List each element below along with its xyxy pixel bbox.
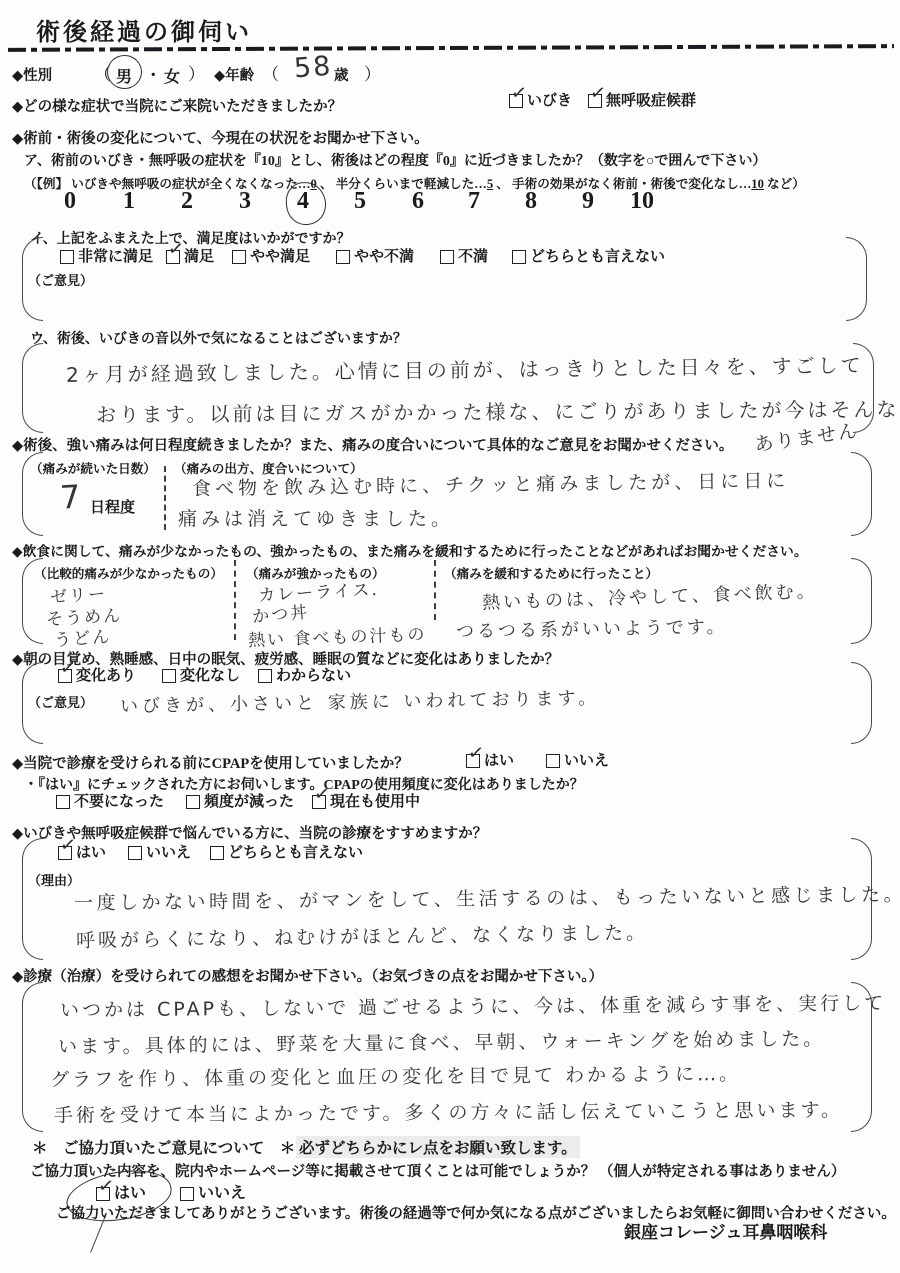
checkbox-box[interactable]: ✓ — [58, 846, 72, 860]
checkbox-box[interactable]: ✓ — [166, 250, 180, 264]
footer-checkbox-yes[interactable]: ✓ はい — [96, 1180, 146, 1203]
satisfaction-checkbox-somewhat-satisfied[interactable]: ✓ やや満足 — [232, 245, 310, 266]
satisfaction-checkbox-dissatisfied[interactable]: ✓ 不満 — [440, 245, 488, 266]
checkbox-box[interactable]: ✓ — [509, 94, 523, 108]
satisfaction-checkbox-very-satisfied[interactable]: ✓ 非常に満足 — [60, 245, 153, 266]
check-mark: ✓ — [59, 658, 77, 679]
food-col1-item-3: うどん — [53, 622, 112, 651]
impression-line4: 手術を受けて本当によかったです。多くの方々に話し伝えていこうと思います。 — [54, 1095, 843, 1128]
sex-option-male[interactable]: 男 — [116, 64, 132, 87]
check-mark: ✓ — [59, 835, 77, 856]
symptom-checkbox-mukokyu[interactable]: ✓ 無呼吸症候群 — [588, 89, 696, 110]
recommend-checkbox-no[interactable]: ✓ いいえ — [128, 841, 191, 862]
sleep-checkbox-unknown[interactable]: ✓ わからない — [258, 664, 351, 685]
checkbox-label: 不満 — [458, 245, 488, 266]
scale-number-7[interactable]: 7 — [468, 188, 480, 215]
food-heading: ◆飲食に関して、痛みが少なかったもの、強かったもの、また痛みを緩和するために行っ… — [12, 540, 808, 560]
food-col2-item-3: 熱い 食べもの汁もの — [248, 620, 427, 651]
check-mark: ✓ — [97, 1176, 115, 1197]
checkbox-box[interactable]: ✓ — [258, 669, 272, 683]
cpap-heading: ◆当院で診療を受けられる前にCPAPを使用していましたか？ — [12, 752, 409, 773]
checkbox-box[interactable]: ✓ — [210, 846, 224, 860]
recommend-checkbox-neither[interactable]: ✓ どちらとも言えない — [210, 841, 363, 862]
checkbox-label: 満足 — [184, 245, 214, 266]
checkbox-label: いいえ — [564, 749, 609, 770]
example-text-2: 、 半分くらいまで軽減した… — [317, 177, 487, 191]
checkbox-box[interactable]: ✓ — [56, 795, 70, 809]
checkbox-label: いびき — [527, 89, 572, 110]
scale-number-9[interactable]: 9 — [582, 188, 594, 215]
age-label: ◆年齢 — [214, 64, 254, 85]
recommend-reason-label: （理由） — [28, 870, 80, 889]
checkbox-label: いいえ — [146, 841, 191, 862]
pain-days-label: （痛みが続いた日数） — [30, 458, 156, 477]
checkbox-label: 現在も使用中 — [330, 790, 420, 811]
footer-note-star: ＊ ご協力頂いたご意見について ＊ — [32, 1136, 295, 1158]
checkbox-box[interactable]: ✓ — [58, 669, 72, 683]
scale-number-3[interactable]: 3 — [239, 188, 251, 215]
checkbox-label: やや満足 — [250, 245, 310, 266]
symptom-checkbox-ibiki[interactable]: ✓ いびき — [509, 89, 572, 110]
change-heading: ◆術前・術後の変化について、今現在の状況をお聞かせ下さい。 — [12, 127, 429, 148]
footer-note-bold: 必ずどちらかにレ点をお願い致します。 — [296, 1136, 580, 1158]
sex-label: ◆性別 — [12, 64, 52, 85]
scale-number-2[interactable]: 2 — [181, 188, 193, 215]
scale-number-10[interactable]: 10 — [630, 188, 654, 215]
sex-separator: ・ — [146, 64, 161, 85]
checkbox-label: いいえ — [198, 1180, 246, 1203]
scale-number-0[interactable]: 0 — [64, 188, 76, 215]
change-sub-a: ア、術前のいびき・無呼吸の症状を『10』とし、術後はどの程度『0』に近づきました… — [24, 150, 766, 170]
check-mark: ✓ — [467, 743, 485, 764]
checkbox-label: 不要になった — [74, 790, 164, 811]
sex-paren-close: ） — [188, 60, 205, 85]
pain-column-divider — [164, 466, 166, 530]
checkbox-box[interactable]: ✓ — [162, 669, 176, 683]
checkbox-label: 変化あり — [76, 664, 136, 685]
example-num-10: 10 — [751, 177, 764, 191]
checkbox-label: 変化なし — [180, 664, 240, 685]
scale-number-1[interactable]: 1 — [123, 188, 135, 215]
food-col2-item-2: かつ丼 — [251, 598, 310, 628]
food-divider-1 — [234, 560, 236, 640]
checkbox-label: わからない — [276, 664, 351, 685]
checkbox-label: はい — [76, 841, 106, 862]
checkbox-label: はい — [114, 1180, 146, 1203]
checkbox-box[interactable]: ✓ — [128, 846, 142, 860]
age-unit: 歳 — [334, 64, 349, 85]
recommend-checkbox-yes[interactable]: ✓ はい — [58, 841, 106, 862]
scale-number-5[interactable]: 5 — [354, 188, 366, 215]
clinic-name: 銀座コレージュ耳鼻咽喉科 — [624, 1218, 827, 1243]
checkbox-box[interactable]: ✓ — [180, 1187, 194, 1201]
age-paren-open: （ — [262, 60, 279, 85]
sleep-checkbox-no-change[interactable]: ✓ 変化なし — [162, 664, 240, 685]
checkbox-box[interactable]: ✓ — [96, 1187, 110, 1201]
check-mark: ✓ — [589, 83, 607, 104]
check-mark: ✓ — [167, 239, 185, 260]
cpap-checkbox-yes[interactable]: ✓ はい — [466, 749, 514, 770]
checkbox-box[interactable]: ✓ — [466, 754, 480, 768]
footer-checkbox-no[interactable]: ✓ いいえ — [180, 1180, 246, 1203]
cpap-freq-checkbox-reduced[interactable]: ✓ 頻度が減った — [186, 790, 294, 811]
checkbox-box[interactable]: ✓ — [440, 250, 454, 264]
checkbox-box[interactable]: ✓ — [336, 250, 350, 264]
cpap-freq-checkbox-no-longer-needed[interactable]: ✓ 不要になった — [56, 790, 164, 811]
sex-option-female[interactable]: 女 — [164, 64, 180, 87]
age-value-handwritten: 58 — [293, 51, 333, 85]
food-col3-line2: つるつる系がいいようです。 — [456, 613, 728, 644]
checkbox-box[interactable]: ✓ — [546, 754, 560, 768]
scale-number-6[interactable]: 6 — [412, 188, 424, 215]
checkbox-label: 非常に満足 — [78, 245, 153, 266]
sleep-opinion-label: （ご意見） — [28, 692, 93, 711]
pain-days-unit: 日程度 — [90, 496, 135, 517]
checkbox-label: 頻度が減った — [204, 790, 294, 811]
satisfaction-checkbox-satisfied[interactable]: ✓ 満足 — [166, 245, 214, 266]
checkbox-box[interactable]: ✓ — [312, 795, 326, 809]
age-paren-close: ） — [364, 60, 381, 85]
symptom-question: ◆どの様な症状で当院にご来院いただきましたか？ — [12, 95, 342, 116]
checkbox-box[interactable]: ✓ — [186, 795, 200, 809]
checkbox-label: どちらとも言えない — [530, 245, 665, 266]
satisfaction-checkbox-neither[interactable]: ✓ どちらとも言えない — [512, 245, 665, 266]
checkbox-box[interactable]: ✓ — [588, 94, 602, 108]
checkbox-label: どちらとも言えない — [228, 841, 363, 862]
checkbox-box[interactable]: ✓ — [232, 250, 246, 264]
questionnaire-page: 術後経過の御伺い ◆性別 （ 男 ・ 女 ） ◆年齢 （ 58 歳 ） ◆どの様… — [0, 0, 900, 1273]
example-text-4: など） — [764, 177, 805, 191]
sleep-checkbox-changed[interactable]: ✓ 変化あり — [58, 664, 136, 685]
cpap-checkbox-no[interactable]: ✓ いいえ — [546, 749, 609, 770]
food-col3-label: （痛みを緩和するために行ったこと） — [444, 563, 658, 582]
checkbox-label: やや不満 — [354, 245, 414, 266]
checkbox-label: 無呼吸症候群 — [606, 89, 696, 110]
checkbox-box[interactable]: ✓ — [512, 250, 526, 264]
pain-desc-line2: 痛みは消えてゆきました。 — [178, 504, 454, 531]
pain-days-value-handwritten: 7 — [59, 477, 83, 516]
scale-number-8[interactable]: 8 — [525, 188, 537, 215]
check-mark: ✓ — [313, 784, 331, 805]
check-mark: ✓ — [510, 83, 528, 104]
satisfaction-checkbox-somewhat-dissatisfied[interactable]: ✓ やや不満 — [336, 245, 414, 266]
food-col1-label: （比較的痛みが少なかったもの） — [34, 563, 223, 582]
checkbox-label: はい — [484, 749, 514, 770]
concern-answer-line2: おります。以前は目にガスがかかった様な、にごりがありましたが今はそんな… — [96, 393, 900, 428]
cpap-freq-checkbox-still-using[interactable]: ✓ 現在も使用中 — [312, 790, 420, 811]
page-title: 術後経過の御伺い — [36, 12, 252, 47]
checkbox-box[interactable]: ✓ — [60, 250, 74, 264]
food-divider-2 — [434, 560, 436, 620]
satisfaction-opinion-label: （ご意見） — [28, 270, 93, 289]
